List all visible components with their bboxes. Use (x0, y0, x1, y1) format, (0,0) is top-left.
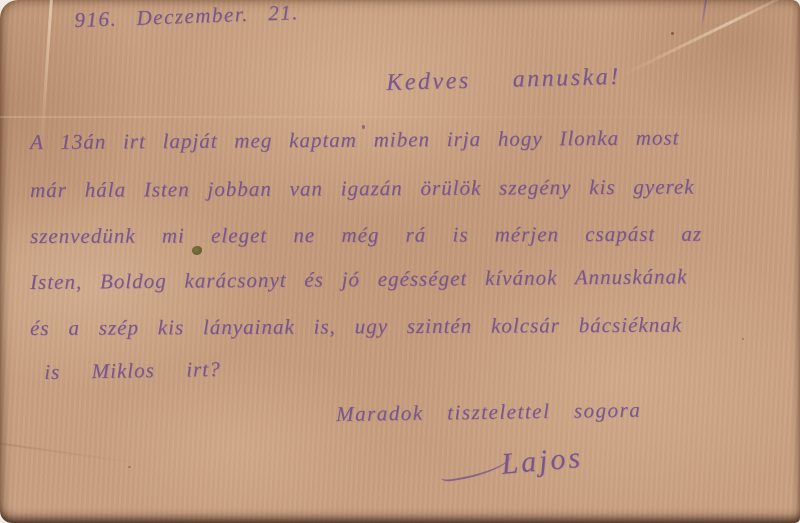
date-line: 916. Deczember. 21. (74, 0, 299, 33)
closing-line: Maradok tisztelettel sogora (336, 398, 641, 427)
postcard-paper: 916. Deczember. 21. Kedves annuska! A 13… (0, 0, 800, 523)
body-line-2: már hála Isten jobban van igazán örülök … (30, 175, 695, 203)
greeting-line: Kedves annuska! (386, 64, 621, 97)
paper-crease (620, 0, 800, 77)
body-line-4: Isten, Boldog karácsonyt és jó egésséget… (30, 264, 688, 295)
paper-speck (128, 466, 131, 468)
paper-speck (742, 338, 744, 340)
paper-crease (0, 116, 800, 118)
signature: Lajos (500, 441, 584, 482)
body-line-5: és a szép kis lányainak is, ugy szintén … (30, 313, 682, 341)
paper-speck (671, 32, 674, 35)
body-line-1: A 13án irt lapját meg kaptam miben irja … (30, 125, 680, 155)
scanned-postcard-photo: 916. Deczember. 21. Kedves annuska! A 13… (0, 0, 800, 523)
paper-crease (0, 440, 139, 464)
stray-ink-stroke (700, 0, 707, 30)
body-line-3: szenvedünk mi eleget ne még rá is mérjen… (30, 222, 702, 249)
body-line-6: is Miklos irt? (44, 357, 221, 385)
